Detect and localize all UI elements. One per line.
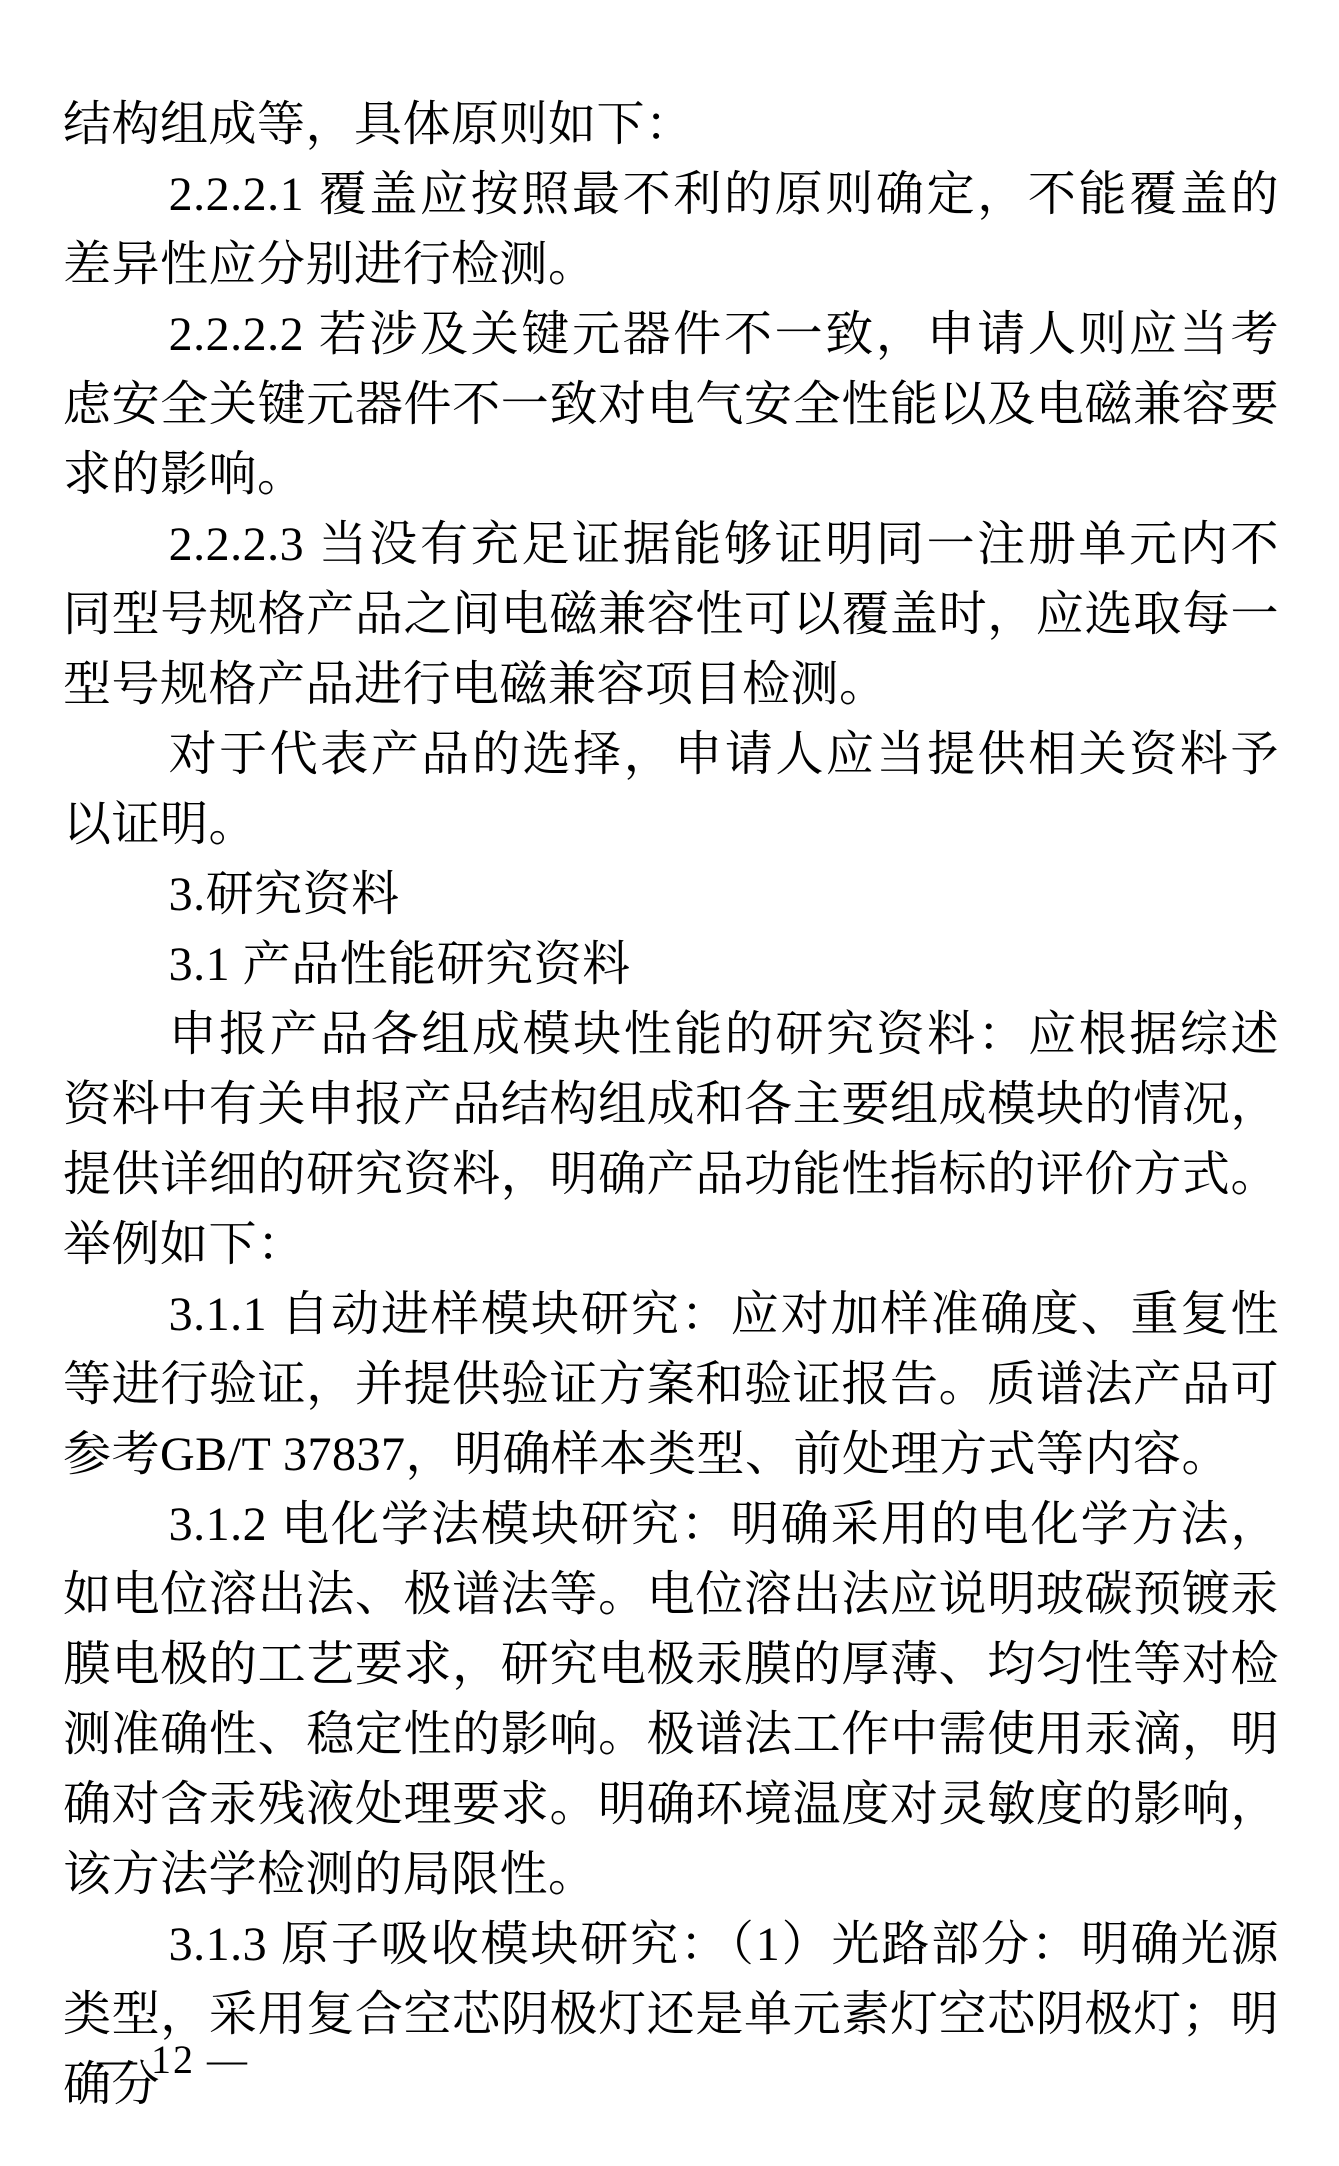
paragraph: 3.1 产品性能研究资料 bbox=[63, 930, 1279, 1000]
paragraph: 3.1.2 电化学法模块研究：明确采用的电化学方法，如电位溶出法、极谱法等。电位… bbox=[63, 1490, 1279, 1910]
paragraph: 2.2.2.1 覆盖应按照最不利的原则确定，不能覆盖的差异性应分别进行检测。 bbox=[63, 160, 1279, 300]
document-body: 结构组成等，具体原则如下：2.2.2.1 覆盖应按照最不利的原则确定，不能覆盖的… bbox=[0, 0, 1339, 2120]
paragraph: 3.研究资料 bbox=[63, 860, 1279, 930]
page-number: — 12 — bbox=[97, 2037, 249, 2082]
document-page: 结构组成等，具体原则如下：2.2.2.1 覆盖应按照最不利的原则确定，不能覆盖的… bbox=[0, 0, 1339, 2166]
paragraph: 结构组成等，具体原则如下： bbox=[63, 90, 1279, 160]
paragraph: 对于代表产品的选择，申请人应当提供相关资料予以证明。 bbox=[63, 720, 1279, 860]
paragraph: 申报产品各组成模块性能的研究资料：应根据综述资料中有关申报产品结构组成和各主要组… bbox=[63, 1000, 1279, 1280]
paragraph: 2.2.2.2 若涉及关键元器件不一致，申请人则应当考虑安全关键元器件不一致对电… bbox=[63, 300, 1279, 510]
page-footer: — 12 — bbox=[97, 2030, 249, 2090]
paragraph: 3.1.1 自动进样模块研究：应对加样准确度、重复性等进行验证，并提供验证方案和… bbox=[63, 1280, 1279, 1490]
paragraph: 2.2.2.3 当没有充足证据能够证明同一注册单元内不同型号规格产品之间电磁兼容… bbox=[63, 510, 1279, 720]
